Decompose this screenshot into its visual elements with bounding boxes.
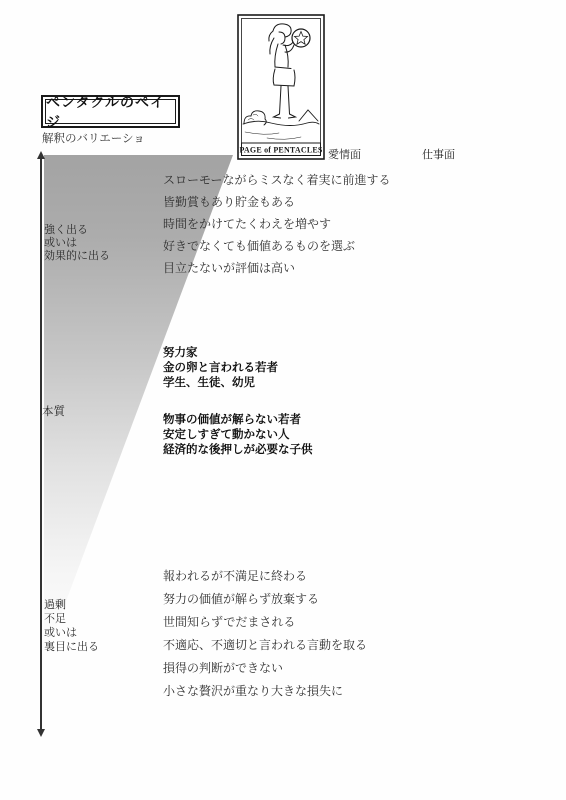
text-line: 過剰 bbox=[44, 598, 99, 612]
section-essence-positive: 努力家金の卵と言われる若者学生、生徒、幼児 bbox=[163, 346, 278, 391]
page-subtitle: 解釈のバリエーショ bbox=[42, 130, 145, 146]
text-line: スローモーながらミスなく着実に前進する bbox=[163, 169, 391, 191]
axis-label-excess: 過剰不足或いは裏目に出る bbox=[44, 598, 99, 654]
text-line: 時間をかけてたくわえを増やす bbox=[163, 213, 391, 235]
page-title: ペンタクルのペイジ bbox=[45, 99, 176, 124]
text-line: 裏目に出る bbox=[44, 640, 99, 654]
vertical-axis-line bbox=[40, 158, 42, 730]
text-line: 経済的な後押しが必要な子供 bbox=[163, 443, 313, 458]
text-line: 物事の価値が解らない若者 bbox=[163, 413, 313, 428]
text-line: 小さな贅沢が重なり大きな損失に bbox=[163, 680, 367, 703]
section-strong-effects: スローモーながらミスなく着実に前進する皆勤賞もあり貯金もある時間をかけてたくわえ… bbox=[163, 169, 391, 279]
axis-label-essence: 本質 bbox=[42, 403, 65, 419]
text-line: 損得の判断ができない bbox=[163, 657, 367, 680]
text-line: 或いは bbox=[44, 237, 110, 250]
text-line: 学生、生徒、幼児 bbox=[163, 376, 278, 391]
card-caption: PAGE of PENTACLES bbox=[239, 146, 322, 155]
text-line: 安定しすぎて動かない人 bbox=[163, 428, 313, 443]
section-essence-negative: 物事の価値が解らない若者安定しすぎて動かない人経済的な後押しが必要な子供 bbox=[163, 413, 313, 458]
column-label-love: 愛情面 bbox=[328, 146, 361, 162]
text-line: 努力の価値が解らず放棄する bbox=[163, 588, 367, 611]
text-line: 世間知らずでだまされる bbox=[163, 611, 367, 634]
text-line: 不適応、不適切と言われる言動を取る bbox=[163, 634, 367, 657]
text-line: 効果的に出る bbox=[44, 250, 110, 263]
section-excess-effects: 報われるが不満足に終わる努力の価値が解らず放棄する世間知らずでだまされる不適応、… bbox=[163, 565, 367, 703]
text-line: 皆勤賞もあり貯金もある bbox=[163, 191, 391, 213]
tarot-card-illustration: PAGE of PENTACLES bbox=[237, 14, 325, 160]
title-box: ペンタクルのペイジ bbox=[41, 95, 180, 128]
document-page: { "page": { "title": "ペンタクルのペイジ", "subti… bbox=[0, 0, 566, 800]
text-line: 金の卵と言われる若者 bbox=[163, 361, 278, 376]
text-line: 報われるが不満足に終わる bbox=[163, 565, 367, 588]
text-line: 或いは bbox=[44, 626, 99, 640]
text-line: 好きでなくても価値あるものを選ぶ bbox=[163, 235, 391, 257]
text-line: 努力家 bbox=[163, 346, 278, 361]
text-line: 不足 bbox=[44, 612, 99, 626]
axis-label-strong: 強く出る或いは効果的に出る bbox=[44, 224, 110, 263]
text-line: 強く出る bbox=[44, 224, 110, 237]
arrow-down-icon bbox=[37, 729, 45, 737]
tarot-card: PAGE of PENTACLES bbox=[237, 14, 325, 160]
arrow-up-icon bbox=[37, 151, 45, 159]
column-label-work: 仕事面 bbox=[422, 146, 455, 162]
text-line: 目立たないが評価は高い bbox=[163, 257, 391, 279]
